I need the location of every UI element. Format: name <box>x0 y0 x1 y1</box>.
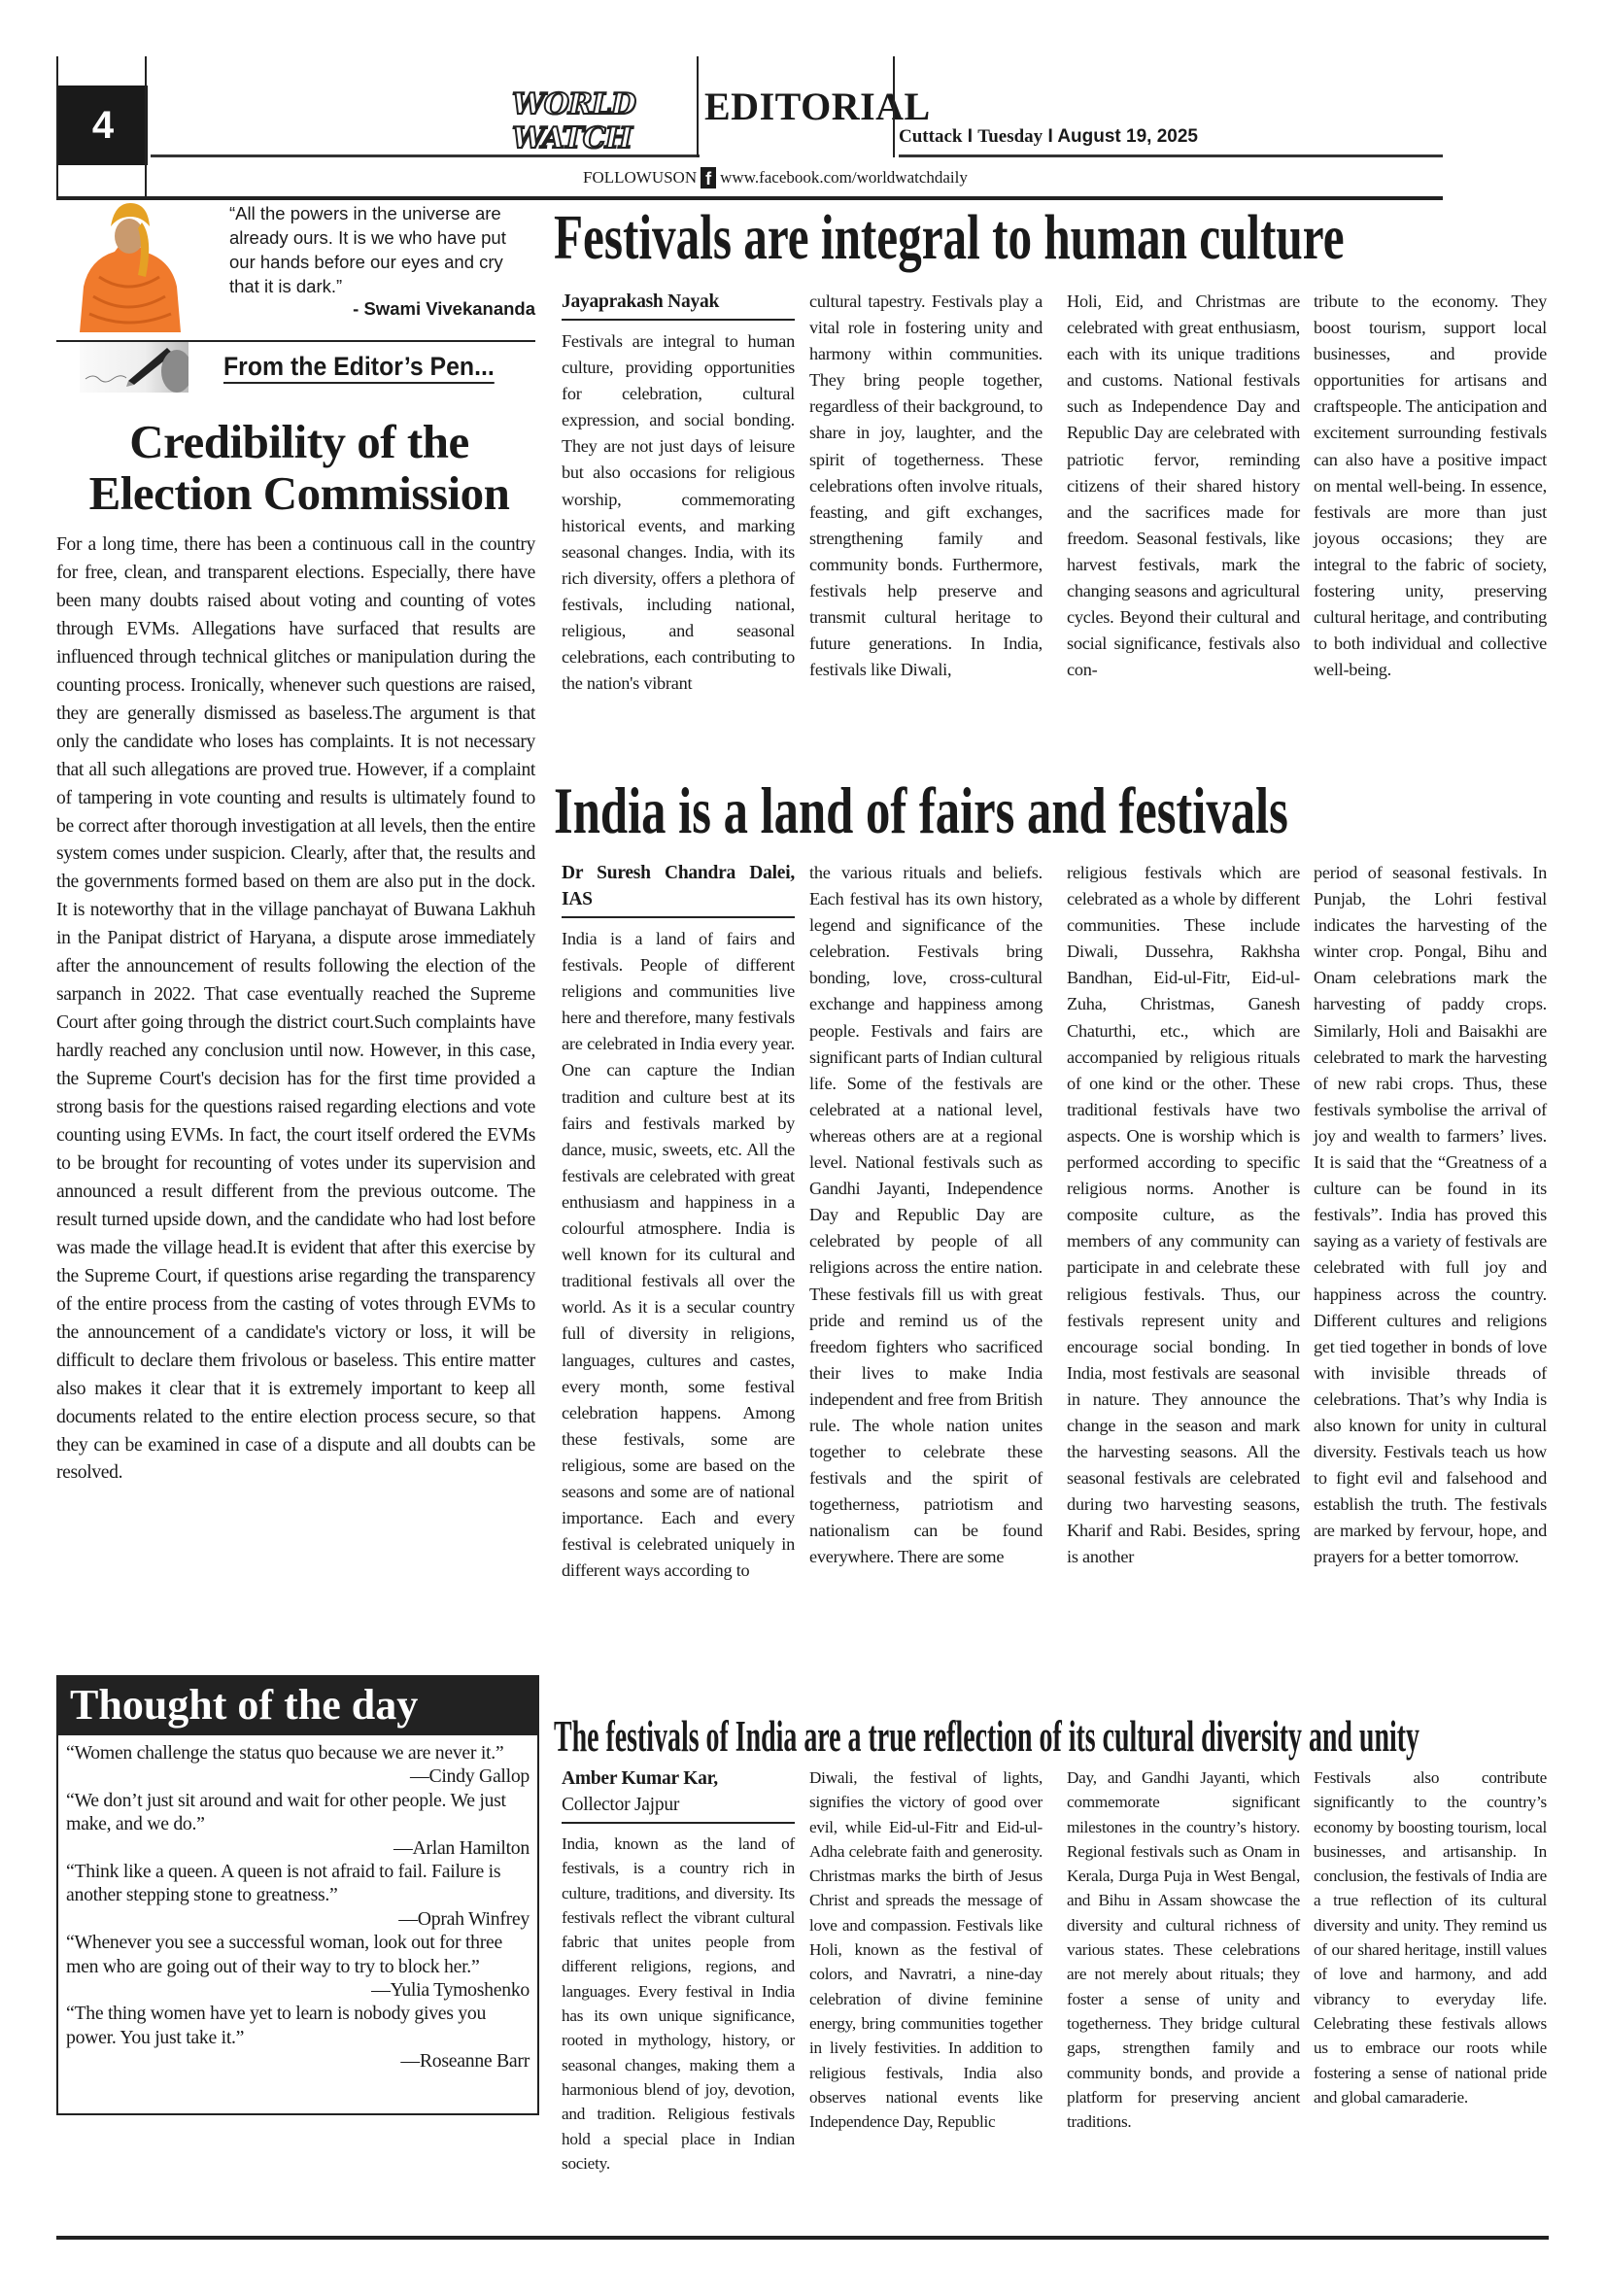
thought-of-the-day-title: Thought of the day <box>58 1677 537 1735</box>
masthead-divider <box>697 56 699 157</box>
dateline-city: Cuttack <box>899 126 962 147</box>
article-column: Day, and Gandhi Jayanti, which commemora… <box>1067 1765 1300 2134</box>
article-column: religious festivals which are celebrated… <box>1067 860 1300 1571</box>
dateline-day: Tuesday <box>977 126 1043 147</box>
follow-label: FOLLOWUSON <box>583 168 697 188</box>
editorial-body: For a long time, there has been a contin… <box>56 531 535 1488</box>
dateline-separator: I <box>1047 126 1052 147</box>
thought-quote: “Whenever you see a successful woman, lo… <box>66 1931 530 1978</box>
thought-author: —Arlan Hamilton <box>66 1836 530 1860</box>
thought-author: —Cindy Gallop <box>66 1765 530 1788</box>
thought-quote: “We don’t just sit around and wait for o… <box>66 1789 530 1836</box>
article-column: Dr Suresh Chandra Dalei, IAS India is a … <box>562 860 795 1584</box>
section-title: EDITORIAL <box>704 84 931 129</box>
dateline: Cuttack I Tuesday I August 19, 2025 <box>899 126 1198 148</box>
dateline-separator: I <box>968 126 973 147</box>
page-bottom-rule <box>56 2236 1549 2240</box>
article-column: period of seasonal festivals. In Punjab,… <box>1314 860 1547 1571</box>
article-text: Festivals are integral to human culture,… <box>562 328 795 697</box>
facebook-icon[interactable]: f <box>701 167 716 188</box>
article-column: tribute to the economy. They boost touri… <box>1314 289 1547 683</box>
article-column: the various rituals and beliefs. Each fe… <box>809 860 1043 1571</box>
masthead-rule <box>899 154 1443 157</box>
editorial-title: Credibility of the Election Commission <box>56 416 542 519</box>
article-headline: The festivals of India are a true reflec… <box>554 1712 1419 1761</box>
quote-author: - Swami Vivekananda <box>229 298 535 320</box>
masthead-divider <box>893 56 895 157</box>
thought-quote: “The thing women have yet to learn is no… <box>66 2002 530 2049</box>
article-column: Amber Kumar Kar, Collector Jajpur India,… <box>562 1765 795 2176</box>
editors-pen-heading: From the Editor’s Pen... <box>223 352 495 384</box>
thought-of-the-day-box: Thought of the day “Women challenge the … <box>56 1675 539 2115</box>
quote-text: “All the powers in the universe are alre… <box>229 201 535 298</box>
article-column: Holi, Eid, and Christmas are celebrated … <box>1067 289 1300 683</box>
masthead-divider <box>145 56 147 198</box>
article-headline: Festivals are integral to human culture <box>554 199 1345 277</box>
thought-quote: “Think like a queen. A queen is not afra… <box>66 1860 530 1907</box>
article-text: India, known as the land of festivals, i… <box>562 1832 795 2176</box>
thought-author: —Yulia Tymoshenko <box>66 1978 530 2002</box>
thought-author: —Roseanne Barr <box>66 2049 530 2073</box>
dateline-date: August 19, 2025 <box>1057 126 1198 147</box>
byline-role: Collector Jajpur <box>562 1792 795 1818</box>
social-follow: FOLLOWUSON f www.facebook.com/worldwatch… <box>583 167 968 188</box>
swami-vivekananda-portrait <box>70 199 188 332</box>
facebook-url-link[interactable]: www.facebook.com/worldwatchdaily <box>720 168 968 188</box>
pen-writing-icon <box>80 342 188 393</box>
thought-quote: “Women challenge the status quo because … <box>66 1741 530 1765</box>
article-byline: Dr Suresh Chandra Dalei, IAS <box>562 860 795 918</box>
article-text: India is a land of fairs and festivals. … <box>562 926 795 1584</box>
article-byline: Jayaprakash Nayak <box>562 289 795 321</box>
article-column: Festivals also contribute significantly … <box>1314 1765 1547 2109</box>
page-number: 4 <box>58 86 148 165</box>
world-watch-logo: WORLD WATCH <box>512 87 693 155</box>
byline-author: Amber Kumar Kar, <box>562 1768 718 1789</box>
article-headline: India is a land of fairs and festivals <box>554 771 1288 849</box>
thought-author: —Oprah Winfrey <box>66 1907 530 1931</box>
article-byline: Amber Kumar Kar, Collector Jajpur <box>562 1765 795 1824</box>
article-column: Jayaprakash Nayak Festivals are integral… <box>562 289 795 697</box>
article-column: Diwali, the festival of lights, signifie… <box>809 1765 1043 2134</box>
thought-quotes-list: “Women challenge the status quo because … <box>58 1735 537 2073</box>
article-column: cultural tapestry. Festivals play a vita… <box>809 289 1043 683</box>
